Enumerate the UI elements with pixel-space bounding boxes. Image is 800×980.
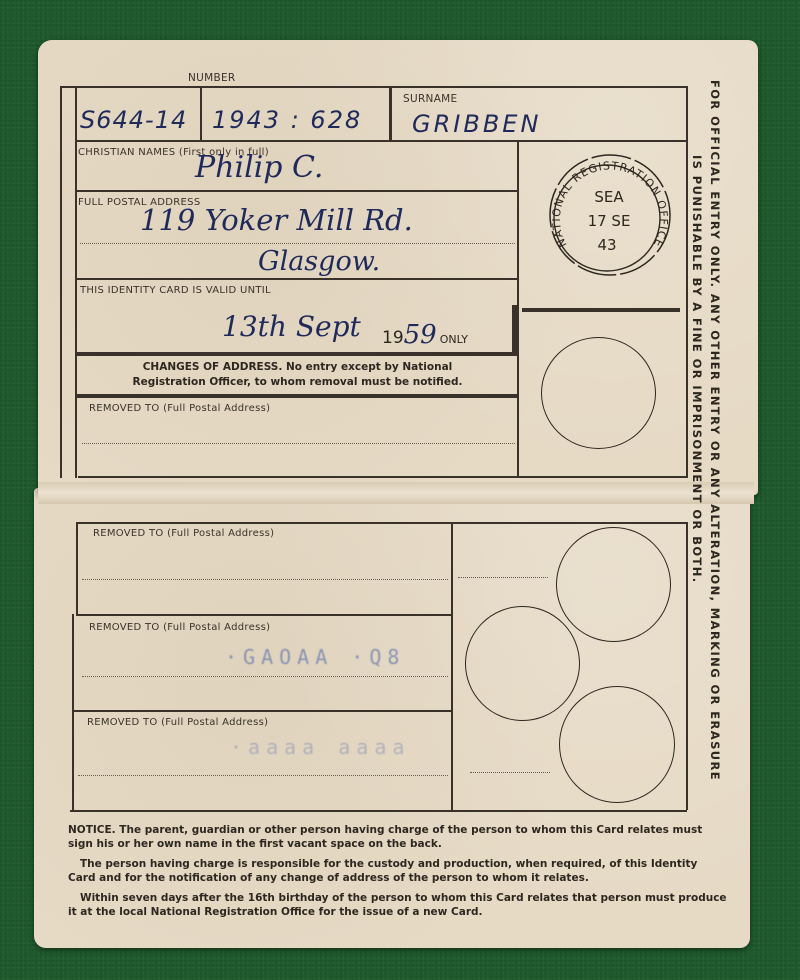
valid-until-bottom xyxy=(75,352,517,356)
year-prefix: 19 xyxy=(382,328,404,348)
frame-top xyxy=(60,86,687,88)
svg-text:43: 43 xyxy=(597,236,616,254)
photo-circle-bottom-1 xyxy=(556,527,671,642)
registration-office-stamp: NATIONAL REGISTRATION OFFICE SEA 17 SE 4… xyxy=(545,150,675,280)
bottom-frame-bottom xyxy=(70,810,687,812)
address-bottom xyxy=(75,278,517,280)
svg-text:17 SE: 17 SE xyxy=(588,212,631,230)
removed-to-label-3: REMOVED TO (Full Postal Address) xyxy=(87,717,268,728)
notice-paragraph-2: The person having charge is responsible … xyxy=(68,857,728,885)
number-label: NUMBER xyxy=(188,72,236,84)
right-dotted-line-1 xyxy=(458,577,548,578)
removed-divider-2 xyxy=(72,710,451,712)
right-dotted-line-2 xyxy=(470,772,550,773)
removed-to-label-1: REMOVED TO (Full Postal Address) xyxy=(93,528,274,539)
year-suffix: 59 xyxy=(404,320,437,350)
removed-to-dotted-line-top xyxy=(82,443,515,444)
christian-names-bottom xyxy=(75,190,517,192)
side-warning-line1: FOR OFFICIAL ENTRY ONLY. ANY OTHER ENTRY… xyxy=(708,80,722,781)
number-part2: 1943 : 628 xyxy=(212,106,362,134)
bottom-column-divider xyxy=(451,522,453,810)
bottom-frame-right xyxy=(686,522,688,810)
christian-names-value: Philip C. xyxy=(195,150,323,185)
removed-to-label-2: REMOVED TO (Full Postal Address) xyxy=(89,622,270,633)
photo-circle-bottom-3 xyxy=(559,686,675,803)
faded-ink-offset-2: ·aaaa aaaa xyxy=(230,735,410,759)
svg-text:SEA: SEA xyxy=(594,188,624,206)
changes-of-address-notice: CHANGES OF ADDRESS. No entry except by N… xyxy=(80,360,515,390)
changes-notice-line2: Registration Officer, to whom removal mu… xyxy=(80,375,515,390)
valid-until-date: 13th Sept xyxy=(222,310,361,343)
frame-inner-left xyxy=(75,86,77,478)
only-label: ONLY xyxy=(440,333,468,346)
frame-left xyxy=(60,86,62,478)
card-fold xyxy=(38,482,754,504)
surname-label: SURNAME xyxy=(403,93,457,105)
removed-to-dotted-line-1 xyxy=(82,579,448,580)
removed-to-dotted-line-2 xyxy=(82,676,448,677)
removed-divider-1 xyxy=(76,614,451,616)
bottom-frame-top xyxy=(76,522,686,524)
changes-notice-line1: CHANGES OF ADDRESS. No entry except by N… xyxy=(80,360,515,375)
photo-circle-bottom-2 xyxy=(465,606,580,721)
side-warning-line2: IS PUNISHABLE BY A FINE OR IMPRISONMENT … xyxy=(690,155,704,584)
bottom-frame-left-2 xyxy=(72,614,74,812)
right-column-divider xyxy=(517,140,519,476)
removed-to-dotted-line-3 xyxy=(78,775,448,776)
notice-paragraph-1: NOTICE. The parent, guardian or other pe… xyxy=(68,823,728,851)
changes-notice-bottom xyxy=(75,394,517,398)
address-line2: Glasgow. xyxy=(258,246,380,277)
photo-circle-top xyxy=(541,337,656,449)
frame-right xyxy=(686,86,688,478)
address-dotted-line xyxy=(80,243,515,244)
bottom-frame-left-1 xyxy=(76,522,78,614)
valid-until-label: THIS IDENTITY CARD IS VALID UNTIL xyxy=(80,285,271,296)
surname-value: GRIBBEN xyxy=(412,110,541,138)
notice-paragraph-3: Within seven days after the 16th birthda… xyxy=(68,891,728,919)
faded-ink-offset-1: ·GAOAA ·Q8 xyxy=(225,645,405,669)
valid-until-year: 1959ONLY xyxy=(382,320,468,350)
valid-until-side-bar xyxy=(512,305,517,353)
number-part1: S644-14 xyxy=(80,106,187,134)
surname-divider xyxy=(389,86,392,141)
removed-to-label-top: REMOVED TO (Full Postal Address) xyxy=(89,403,270,414)
photo-box-top-bar xyxy=(522,308,680,312)
number-divider xyxy=(200,86,202,141)
frame-bottom xyxy=(78,476,686,478)
address-line1: 119 Yoker Mill Rd. xyxy=(140,203,413,237)
number-row-bottom xyxy=(75,140,687,142)
